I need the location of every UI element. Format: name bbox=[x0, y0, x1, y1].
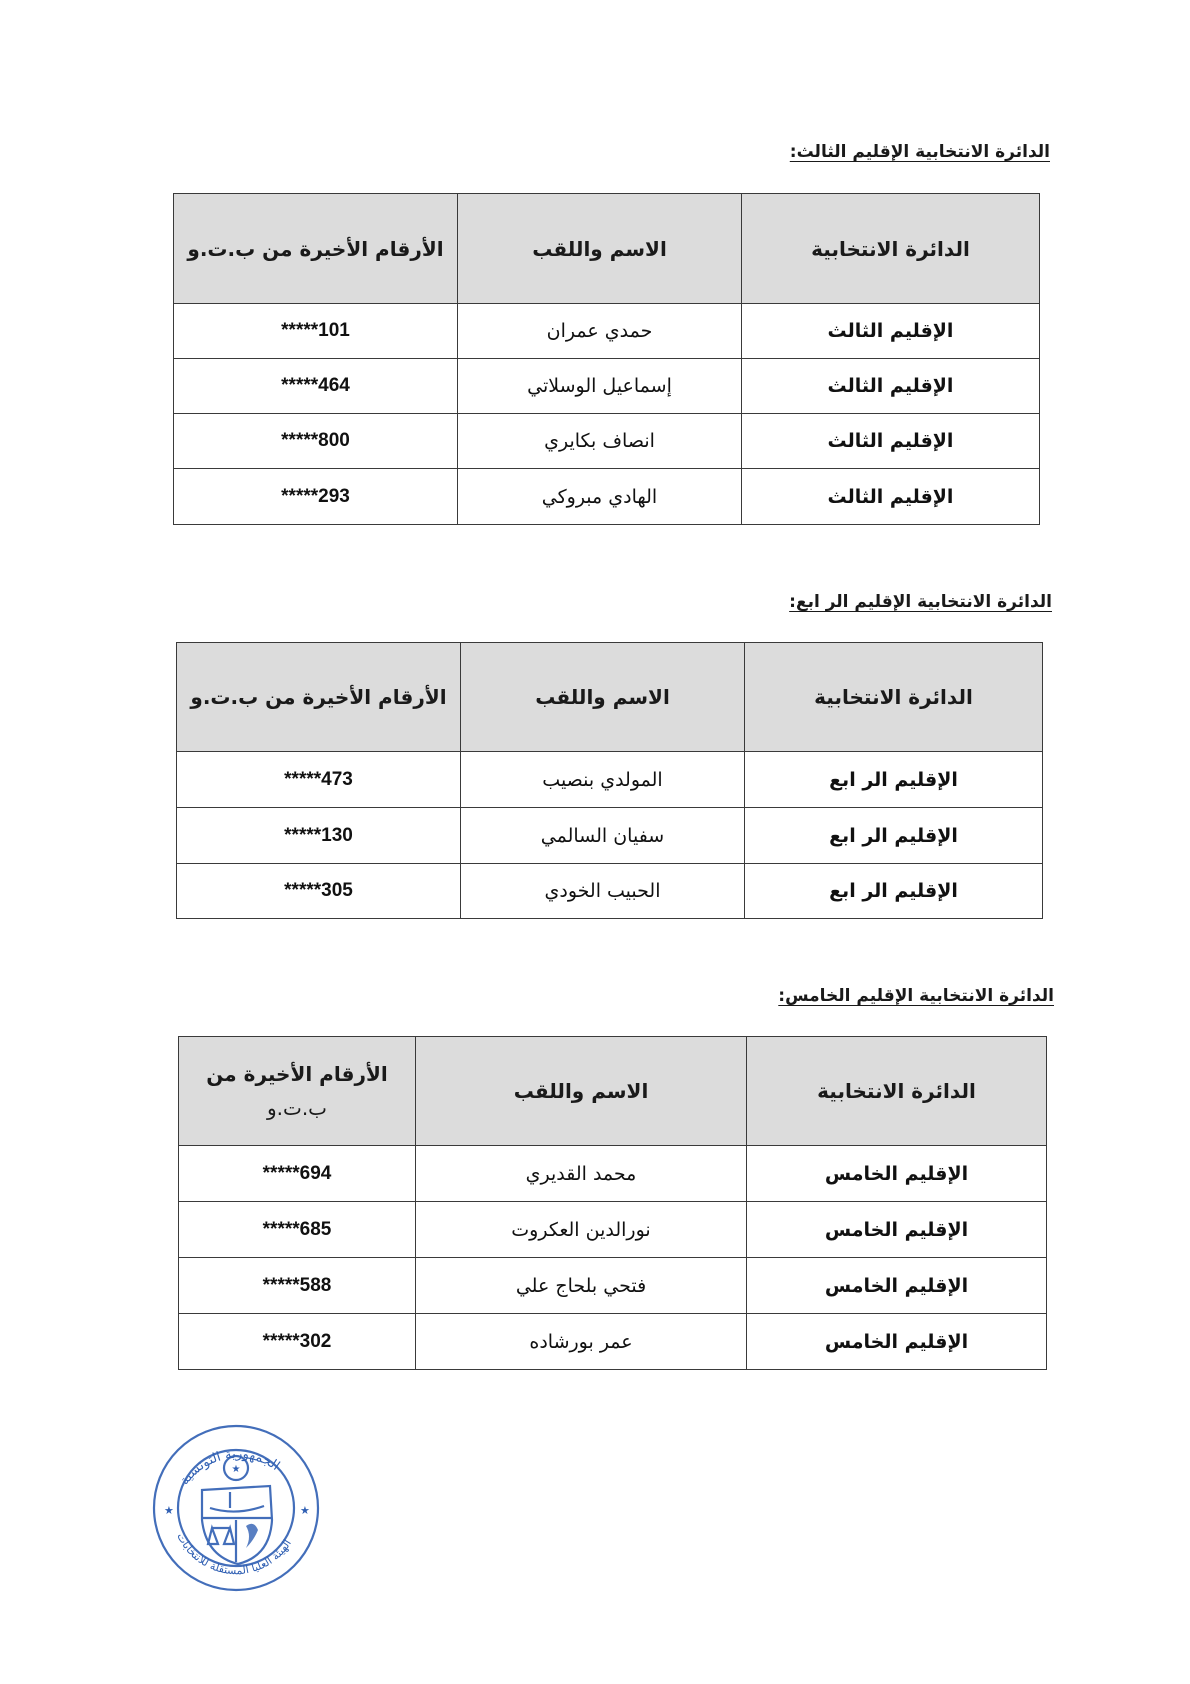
svg-text:الهيئة العليا المستقلة للانتخا: الهيئة العليا المستقلة للانتخابات bbox=[174, 1531, 294, 1578]
cell-digits: *****588 bbox=[179, 1258, 416, 1314]
svg-text:★: ★ bbox=[232, 1464, 241, 1475]
cell-digits: *****293 bbox=[174, 469, 458, 525]
cell-digits: *****473 bbox=[177, 752, 461, 808]
header-name: الاسم واللقب bbox=[458, 194, 742, 304]
cell-name: فتحي بلحاج علي bbox=[416, 1258, 747, 1314]
cell-region: الإقليم الثالث bbox=[742, 469, 1040, 525]
table-row: الإقليم الخامس محمد القديري *****694 bbox=[179, 1146, 1047, 1202]
cell-digits: *****464 bbox=[174, 359, 458, 414]
cell-region: الإقليم الر ابع bbox=[745, 864, 1043, 919]
cell-region: الإقليم الخامس bbox=[747, 1146, 1047, 1202]
table-row: الإقليم الر ابع المولدي بنصيب *****473 bbox=[177, 752, 1043, 808]
header-digits-line1: الأرقام الأخيرة من bbox=[187, 1057, 407, 1091]
table-row: الإقليم الخامس عمر بورشاده *****302 bbox=[179, 1314, 1047, 1370]
section-title-fifth-region: الدائرة الانتخابية الإقليم الخامس: bbox=[778, 986, 1054, 1006]
header-region: الدائرة الانتخابية bbox=[745, 643, 1043, 752]
table-row: الإقليم الثالث الهادي مبروكي *****293 bbox=[174, 469, 1040, 525]
cell-region: الإقليم الر ابع bbox=[745, 752, 1043, 808]
cell-name: عمر بورشاده bbox=[416, 1314, 747, 1370]
table-header-row: الدائرة الانتخابية الاسم واللقب الأرقام … bbox=[179, 1037, 1047, 1146]
header-digits: الأرقام الأخيرة من ب.ت.و bbox=[177, 643, 461, 752]
header-digits: الأرقام الأخيرة من ب.ت.و bbox=[174, 194, 458, 304]
cell-region: الإقليم الثالث bbox=[742, 414, 1040, 469]
cell-name: انصاف بكايري bbox=[458, 414, 742, 469]
cell-region: الإقليم الثالث bbox=[742, 359, 1040, 414]
table-row: الإقليم الر ابع الحبيب الخودي *****305 bbox=[177, 864, 1043, 919]
cell-digits: *****305 bbox=[177, 864, 461, 919]
cell-digits: *****694 bbox=[179, 1146, 416, 1202]
cell-region: الإقليم الخامس bbox=[747, 1258, 1047, 1314]
cell-name: الحبيب الخودي bbox=[461, 864, 745, 919]
header-digits-line2: ب.ت.و bbox=[187, 1091, 407, 1125]
stamp-seal-icon: ★ الجمهورية التونسية الهيئة العليا المست… bbox=[150, 1422, 322, 1594]
table-row: الإقليم الثالث حمدي عمران *****101 bbox=[174, 304, 1040, 359]
svg-text:★: ★ bbox=[164, 1504, 174, 1517]
cell-region: الإقليم الخامس bbox=[747, 1202, 1047, 1258]
table-row: الإقليم الثالث إسماعيل الوسلاتي *****464 bbox=[174, 359, 1040, 414]
cell-digits: *****101 bbox=[174, 304, 458, 359]
official-stamp: ★ الجمهورية التونسية الهيئة العليا المست… bbox=[150, 1422, 322, 1594]
cell-name: حمدي عمران bbox=[458, 304, 742, 359]
table-fourth-region: الدائرة الانتخابية الاسم واللقب الأرقام … bbox=[176, 642, 1043, 919]
cell-region: الإقليم الخامس bbox=[747, 1314, 1047, 1370]
header-region: الدائرة الانتخابية bbox=[747, 1037, 1047, 1146]
cell-digits: *****130 bbox=[177, 808, 461, 864]
cell-digits: *****685 bbox=[179, 1202, 416, 1258]
header-digits: الأرقام الأخيرة من ب.ت.و bbox=[179, 1037, 416, 1146]
cell-name: نورالدين العكروت bbox=[416, 1202, 747, 1258]
table-fifth-region: الدائرة الانتخابية الاسم واللقب الأرقام … bbox=[178, 1036, 1047, 1370]
cell-name: الهادي مبروكي bbox=[458, 469, 742, 525]
header-name: الاسم واللقب bbox=[461, 643, 745, 752]
cell-name: سفيان السالمي bbox=[461, 808, 745, 864]
svg-text:★: ★ bbox=[300, 1504, 310, 1517]
section-title-fourth-region: الدائرة الانتخابية الإقليم الر ابع: bbox=[789, 592, 1052, 612]
cell-digits: *****302 bbox=[179, 1314, 416, 1370]
cell-name: إسماعيل الوسلاتي bbox=[458, 359, 742, 414]
cell-digits: *****800 bbox=[174, 414, 458, 469]
header-region: الدائرة الانتخابية bbox=[742, 194, 1040, 304]
table-row: الإقليم الثالث انصاف بكايري *****800 bbox=[174, 414, 1040, 469]
table-header-row: الدائرة الانتخابية الاسم واللقب الأرقام … bbox=[174, 194, 1040, 304]
cell-region: الإقليم الثالث bbox=[742, 304, 1040, 359]
table-row: الإقليم الر ابع سفيان السالمي *****130 bbox=[177, 808, 1043, 864]
cell-region: الإقليم الر ابع bbox=[745, 808, 1043, 864]
table-row: الإقليم الخامس نورالدين العكروت *****685 bbox=[179, 1202, 1047, 1258]
cell-name: محمد القديري bbox=[416, 1146, 747, 1202]
section-title-third-region: الدائرة الانتخابية الإقليم الثالث: bbox=[790, 142, 1050, 162]
header-name: الاسم واللقب bbox=[416, 1037, 747, 1146]
svg-text:الجمهورية التونسية: الجمهورية التونسية bbox=[177, 1447, 282, 1488]
cell-name: المولدي بنصيب bbox=[461, 752, 745, 808]
table-header-row: الدائرة الانتخابية الاسم واللقب الأرقام … bbox=[177, 643, 1043, 752]
table-third-region: الدائرة الانتخابية الاسم واللقب الأرقام … bbox=[173, 193, 1040, 525]
table-row: الإقليم الخامس فتحي بلحاج علي *****588 bbox=[179, 1258, 1047, 1314]
